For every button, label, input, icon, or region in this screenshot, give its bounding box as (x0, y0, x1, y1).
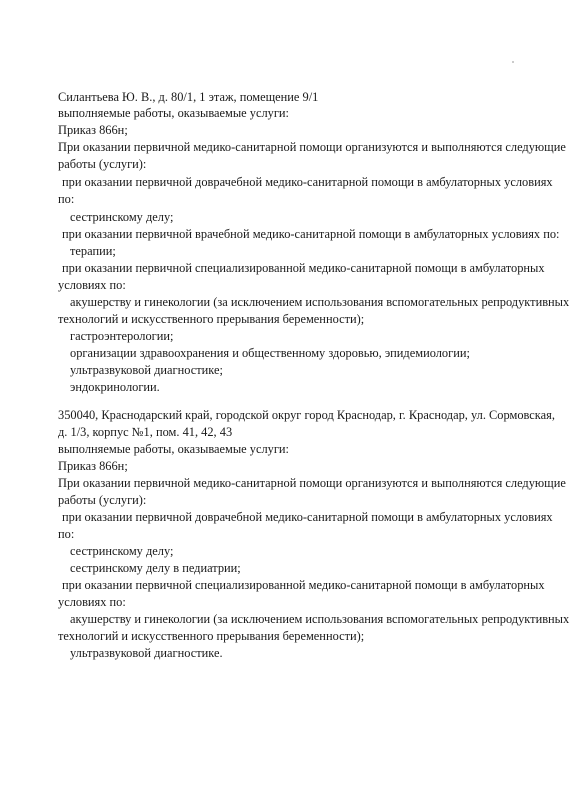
service-item: сестринскому делу; (70, 210, 173, 225)
order-ref: Приказ 866н; (58, 123, 128, 138)
service-item: гастроэнтерологии; (70, 329, 173, 344)
service-item: эндокринологии. (70, 380, 160, 395)
intro-text: При оказании первичной медико-санитарной… (58, 140, 566, 155)
scan-speck (512, 61, 514, 63)
service-item: акушерству и гинекологии (за исключением… (70, 295, 569, 310)
specialized-care: при оказании первичной специализированно… (62, 261, 545, 276)
intro-text-cont: работы (услуги): (58, 493, 146, 508)
prehospital-care: при оказании первичной доврачебной медик… (62, 175, 553, 190)
service-item-cont: технологий и искусственного прерывания б… (58, 312, 364, 327)
address-cont: д. 1/3, корпус №1, пом. 41, 42, 43 (58, 425, 232, 440)
specialized-care-cont: условиях по: (58, 595, 126, 610)
physician-care: при оказании первичной врачебной медико-… (62, 227, 560, 242)
works-label: выполняемые работы, оказываемые услуги: (58, 442, 289, 457)
intro-text-cont: работы (услуги): (58, 157, 146, 172)
prehospital-care: при оказании первичной доврачебной медик… (62, 510, 553, 525)
specialized-care: при оказании первичной специализированно… (62, 578, 545, 593)
specialized-care-cont: условиях по: (58, 278, 126, 293)
service-item: терапии; (70, 244, 116, 259)
prehospital-care-cont: по: (58, 192, 74, 207)
service-item-cont: технологий и искусственного прерывания б… (58, 629, 364, 644)
service-item: акушерству и гинекологии (за исключением… (70, 612, 569, 627)
address: 350040, Краснодарский край, городской ок… (58, 408, 555, 423)
service-item: ультразвуковой диагностике; (70, 363, 223, 378)
document-page: Силантьева Ю. В., д. 80/1, 1 этаж, помещ… (0, 0, 582, 800)
works-label: выполняемые работы, оказываемые услуги: (58, 106, 289, 121)
service-item: ультразвуковой диагностике. (70, 646, 223, 661)
service-item: сестринскому делу в педиатрии; (70, 561, 241, 576)
prehospital-care-cont: по: (58, 527, 74, 542)
service-item: сестринскому делу; (70, 544, 173, 559)
service-item: организации здравоохранения и общественн… (70, 346, 470, 361)
intro-text: При оказании первичной медико-санитарной… (58, 476, 566, 491)
address-tail: Силантьева Ю. В., д. 80/1, 1 этаж, помещ… (58, 90, 318, 105)
order-ref: Приказ 866н; (58, 459, 128, 474)
